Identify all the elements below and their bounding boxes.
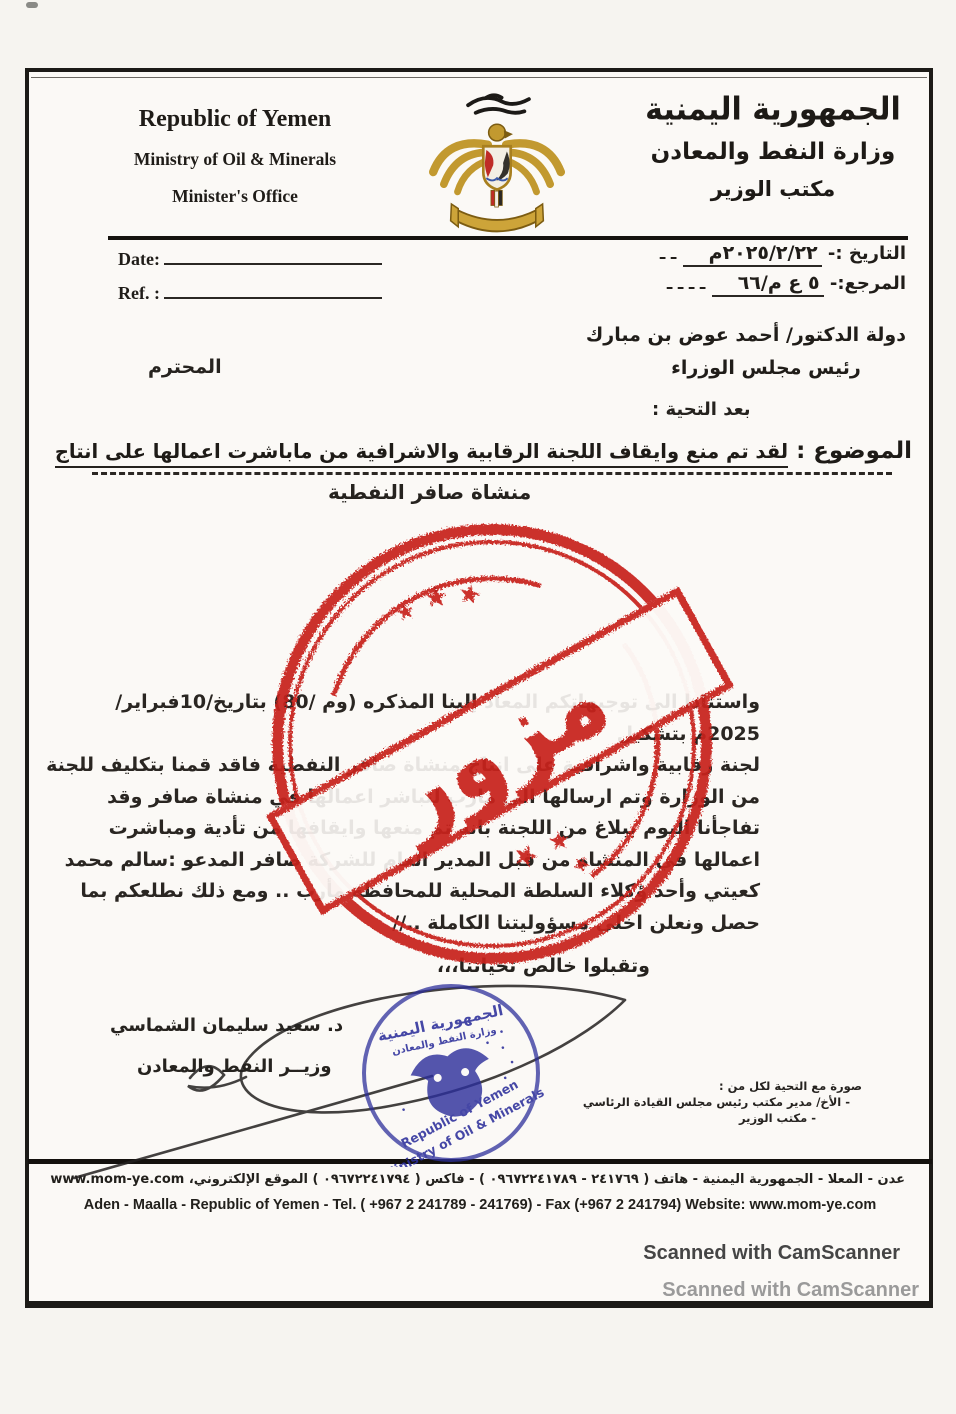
ref-dashes: ـ ـ ـ ـ (667, 274, 706, 293)
eagle-head (489, 124, 506, 141)
footer-contact-en: Aden - Maalla - Republic of Yemen - Tel.… (55, 1197, 905, 1213)
meta-arabic: التاريخ :- ٢٠٢٥/٢/٢٢م ـ ـ المرجع:- ٥ ع م… (596, 242, 906, 302)
salutation: بعد التحية : (652, 399, 751, 420)
date-value: ٢٠٢٥/٢/٢٢م (683, 242, 822, 267)
date-label-en: Date: (118, 249, 160, 269)
addressee-title: رئيس مجلس الوزراء (526, 357, 906, 379)
stamp-star-icon: ★ (546, 827, 572, 855)
banner-end-right (536, 204, 544, 227)
date-dashes: ـ ـ (660, 244, 677, 263)
ministry-name-en: Ministry of Oil & Minerals (80, 149, 390, 170)
scan-artifact-dot (26, 2, 38, 8)
date-row-ar: التاريخ :- ٢٠٢٥/٢/٢٢م ـ ـ (596, 242, 906, 264)
header-arabic: الجمهورية اليمنية وزارة النفط والمعادن م… (622, 92, 924, 201)
subject-line: الموضوع : لقد تم منع وايقاف اللجنة الرقا… (56, 438, 912, 464)
ref-value: ٥ ع م/٦٦ (712, 272, 824, 297)
ref-label-ar: المرجع:- (830, 273, 906, 294)
ref-row-ar: المرجع:- ٥ ع م/٦٦ ـ ـ ـ ـ (596, 272, 906, 294)
forged-red-stamp: ★ ★ ★ ★ ★ ★ مزور (272, 524, 712, 964)
calligraphy-ornament (468, 95, 529, 112)
date-blank-line (164, 253, 382, 265)
handwritten-signature (40, 958, 660, 1193)
scanned-letter-page: Republic of Yemen Ministry of Oil & Mine… (0, 0, 956, 1414)
addressee-name: دولة الدكتور/ أحمد عوض بن مبارك (526, 324, 906, 346)
subject-label: الموضوع : (788, 438, 912, 464)
yemen-coat-of-arms-icon (413, 90, 581, 242)
ministry-official-seal: الجمهورية اليمنية وزارة النفط والمعادن R… (357, 979, 545, 1167)
honorific: المحترم (148, 356, 222, 378)
banner-end-left (451, 204, 459, 227)
eagle-beak (504, 130, 513, 138)
country-name-ar: الجمهورية اليمنية (622, 91, 924, 128)
document-border-inner-line (31, 77, 927, 78)
camscanner-watermark: Scanned with CamScanner (643, 1242, 900, 1265)
ref-blank-line (164, 287, 382, 299)
ref-row-en: Ref. : (118, 283, 382, 304)
date-label-ar: التاريخ :- (828, 243, 906, 264)
subject-text: لقد تم منع وايقاف اللجنة الرقابية والاشر… (55, 440, 788, 468)
date-row-en: Date: (118, 249, 382, 270)
eagle-tail (491, 190, 502, 207)
ref-label-en: Ref. : (118, 283, 160, 303)
camscanner-watermark: Scanned with CamScanner (662, 1279, 919, 1302)
emblem-banner (457, 210, 536, 231)
meta-english: Date: Ref. : (118, 249, 382, 317)
office-name-ar: مكتب الوزير (622, 177, 924, 201)
ministry-name-ar: وزارة النفط والمعادن (622, 139, 924, 165)
subject-line2: منشاة صافر النفطية (328, 480, 531, 504)
country-name-en: Republic of Yemen (80, 106, 390, 133)
header-divider-line (108, 236, 908, 240)
header-english: Republic of Yemen Ministry of Oil & Mine… (80, 106, 390, 207)
subject-dashed-underline (92, 472, 892, 475)
office-name-en: Minister's Office (80, 186, 390, 207)
stamp-star-icon: ★ (456, 580, 483, 610)
addressee-block: دولة الدكتور/ أحمد عوض بن مبارك رئيس مجل… (526, 324, 906, 379)
stamp-star-icon: ★ (423, 583, 449, 612)
